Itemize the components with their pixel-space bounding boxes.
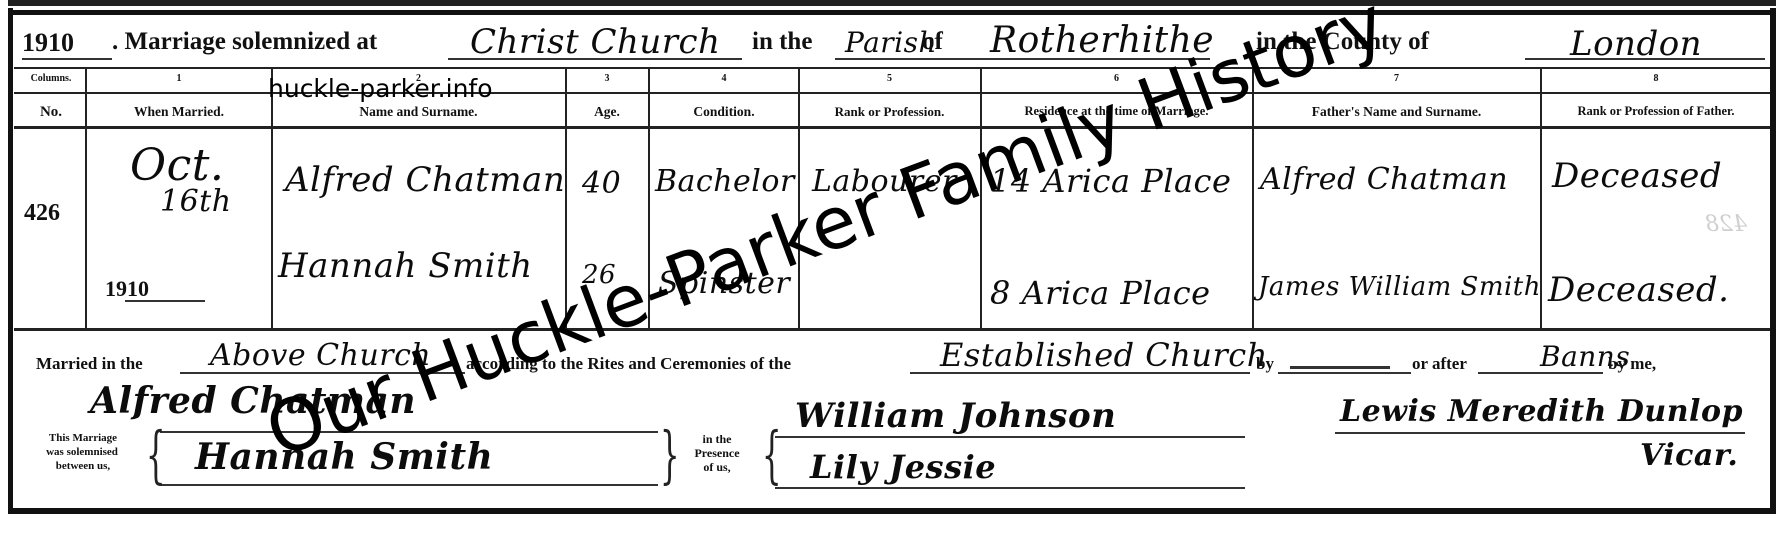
or-after-underline xyxy=(1478,372,1603,374)
header-bottom-rule xyxy=(14,126,1770,129)
presence-label-line-3: of us, xyxy=(682,460,752,475)
header-age: Age. xyxy=(566,104,648,120)
colnum-3: 3 xyxy=(566,73,648,84)
right-brace-icon: } xyxy=(660,424,680,486)
title-in-the-label: in the xyxy=(752,28,812,56)
title-marriage-label: . Marriage solemnized at xyxy=(112,28,377,56)
witness-2-line xyxy=(775,487,1245,489)
solemnised-label-line-1: This Marriage xyxy=(28,432,138,444)
header-name: Name and Surname. xyxy=(272,104,565,120)
header-father-rank: Rank or Profession of Father. xyxy=(1541,104,1771,119)
frame-top-rule xyxy=(8,0,1776,6)
bride-residence: 8 Arica Place xyxy=(990,274,1211,312)
officiant-signature: Lewis Meredith Dunlop xyxy=(1340,394,1743,429)
groom-name: Alfred Chatman xyxy=(285,160,565,200)
officiant-title: Vicar. xyxy=(1640,438,1738,473)
columns-label: Columns. xyxy=(16,73,86,84)
entry-number: 426 xyxy=(24,200,60,227)
bride-signature-line xyxy=(160,484,658,486)
rites-value: Established Church xyxy=(940,336,1268,374)
or-after-label: or after xyxy=(1412,354,1467,374)
groom-signature-line xyxy=(160,431,658,433)
faint-bleedthrough-number: 428 xyxy=(1705,212,1747,237)
by-label: by xyxy=(1256,354,1274,374)
colnum-5: 5 xyxy=(799,73,980,84)
title-of-label: of xyxy=(922,28,943,56)
groom-age: 40 xyxy=(582,166,621,201)
officiant-line xyxy=(1335,432,1745,434)
solemnised-label-line-3: between us, xyxy=(28,460,138,472)
groom-father-name: Alfred Chatman xyxy=(1260,162,1508,197)
when-married-day: 16th xyxy=(160,184,232,219)
header-when-married: When Married. xyxy=(86,104,272,120)
presence-label-line-1: in the xyxy=(682,432,752,447)
left-brace-icon: { xyxy=(146,424,166,486)
groom-father-profession: Deceased xyxy=(1552,156,1722,196)
when-married-year: 1910 xyxy=(105,276,149,302)
married-in-label: Married in the xyxy=(36,354,143,374)
year-underline-entry xyxy=(125,300,205,302)
header-rank: Rank or Profession. xyxy=(799,104,980,120)
witness-2-signature: Lily Jessie xyxy=(810,448,996,486)
colnum-8: 8 xyxy=(1541,73,1771,84)
colnum-1: 1 xyxy=(86,73,272,84)
bride-father-profession: Deceased. xyxy=(1548,270,1729,310)
site-watermark: huckle-parker.info xyxy=(268,74,493,103)
presence-label-line-2: Presence xyxy=(682,446,752,461)
year-underline xyxy=(22,58,112,60)
witness-1-line xyxy=(775,436,1245,438)
rites-underline xyxy=(910,372,1250,374)
table-top-rule xyxy=(14,67,1770,69)
by-underline xyxy=(1278,372,1411,374)
header-no: No. xyxy=(16,104,86,121)
church-underline xyxy=(448,58,742,60)
title-year: 1910 xyxy=(22,28,74,58)
colnum-4: 4 xyxy=(649,73,799,84)
bride-name: Hannah Smith xyxy=(278,246,533,286)
church-name: Christ Church xyxy=(470,22,720,62)
by-struck-line xyxy=(1290,366,1390,369)
county-underline xyxy=(1525,58,1765,60)
witness-1-signature: William Johnson xyxy=(795,396,1116,436)
by-me-label: by me, xyxy=(1608,354,1656,374)
header-condition: Condition. xyxy=(649,104,799,120)
groom-condition: Bachelor xyxy=(655,164,795,199)
solemnised-label-line-2: was solemnised xyxy=(22,446,142,458)
presence-brace-icon: { xyxy=(762,424,782,486)
header-father-name: Father's Name and Surname. xyxy=(1253,104,1540,120)
bride-father-name: James William Smith xyxy=(1258,272,1541,302)
table-bottom-rule xyxy=(14,328,1770,331)
